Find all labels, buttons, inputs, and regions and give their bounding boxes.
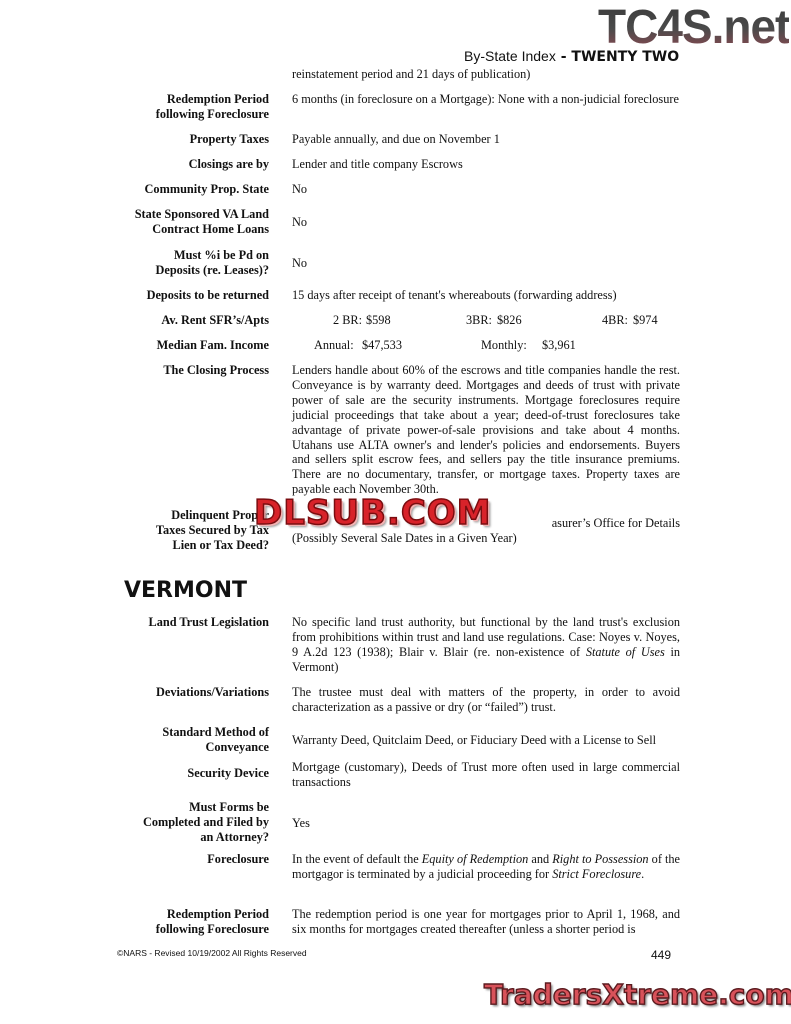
row-label: Delinquent ProperTaxes Secured by TaxLie… [156, 508, 269, 553]
income-annual-key: Annual: [314, 338, 354, 353]
continuation-text: reinstatement period and 21 days of publ… [292, 67, 530, 82]
row-value: Lenders handle about 60% of the escrows … [292, 363, 680, 497]
row-label: Standard Method ofConveyance [162, 725, 269, 755]
row-label: Av. Rent SFR’s/Apts [161, 313, 269, 328]
row-label: Median Fam. Income [157, 338, 269, 353]
rent-4br-key: 4BR: [602, 313, 628, 328]
row-label: Community Prop. State [145, 182, 269, 197]
row-value: No [292, 182, 680, 197]
page-header: By-State Index - TWENTY TWO [464, 48, 679, 65]
income-monthly-value: $3,961 [542, 338, 576, 353]
header-separator: - [556, 49, 572, 65]
footer-copyright: ©NARS - Revised 10/19/2002 All Rights Re… [117, 948, 307, 958]
row-value: No specific land trust authority, but fu… [292, 615, 680, 675]
row-value: No [292, 215, 680, 230]
income-monthly-key: Monthly: [481, 338, 527, 353]
row-value: Payable annually, and due on November 1 [292, 132, 680, 147]
row-label: Deposits to be returned [147, 288, 269, 303]
row-label: The Closing Process [163, 363, 269, 378]
rent-2br-key: 2 BR: [333, 313, 362, 328]
row-value: 6 months (in foreclosure on a Mortgage):… [292, 92, 680, 107]
header-title: By-State Index [464, 48, 556, 64]
row-label: Deviations/Variations [156, 685, 269, 700]
row-label: Security Device [187, 766, 269, 781]
row-value: Mortgage (customary), Deeds of Trust mor… [292, 760, 680, 790]
rent-3br-value: $826 [497, 313, 522, 328]
row-label: Redemption Periodfollowing Foreclosure [156, 92, 269, 122]
row-label: Must Forms beCompleted and Filed byan At… [143, 800, 269, 845]
state-heading-vermont: VERMONT [124, 578, 247, 603]
row-value: The redemption period is one year for mo… [292, 907, 680, 937]
row-value: Yes [292, 816, 680, 831]
row-value: Lender and title company Escrows [292, 157, 680, 172]
row-label: Redemption Periodfollowing Foreclosure [156, 907, 269, 937]
row-label: Foreclosure [207, 852, 269, 867]
dlsub-watermark: DLSUB.COM [254, 493, 492, 533]
tc4s-watermark: TC4S.net [598, 1, 789, 51]
rent-4br-value: $974 [633, 313, 658, 328]
row-label: Property Taxes [190, 132, 269, 147]
rent-3br-key: 3BR: [466, 313, 492, 328]
page-number: 449 [651, 948, 671, 962]
row-value: 15 days after receipt of tenant's wherea… [292, 288, 680, 303]
rent-2br-value: $598 [366, 313, 391, 328]
row-label: Must %i be Pd onDeposits (re. Leases)? [156, 248, 270, 278]
row-label: State Sponsored VA LandContract Home Loa… [135, 207, 269, 237]
header-chapter: TWENTY TWO [571, 49, 679, 65]
tradersxtreme-watermark: TradersXtreme.com [484, 978, 791, 1011]
row-value: No [292, 256, 680, 271]
row-label: Land Trust Legislation [149, 615, 270, 630]
row-value: Warranty Deed, Quitclaim Deed, or Fiduci… [292, 733, 680, 748]
row-value: The trustee must deal with matters of th… [292, 685, 680, 715]
row-label: Closings are by [189, 157, 269, 172]
row-value: In the event of default the Equity of Re… [292, 852, 680, 882]
income-annual-value: $47,533 [362, 338, 402, 353]
